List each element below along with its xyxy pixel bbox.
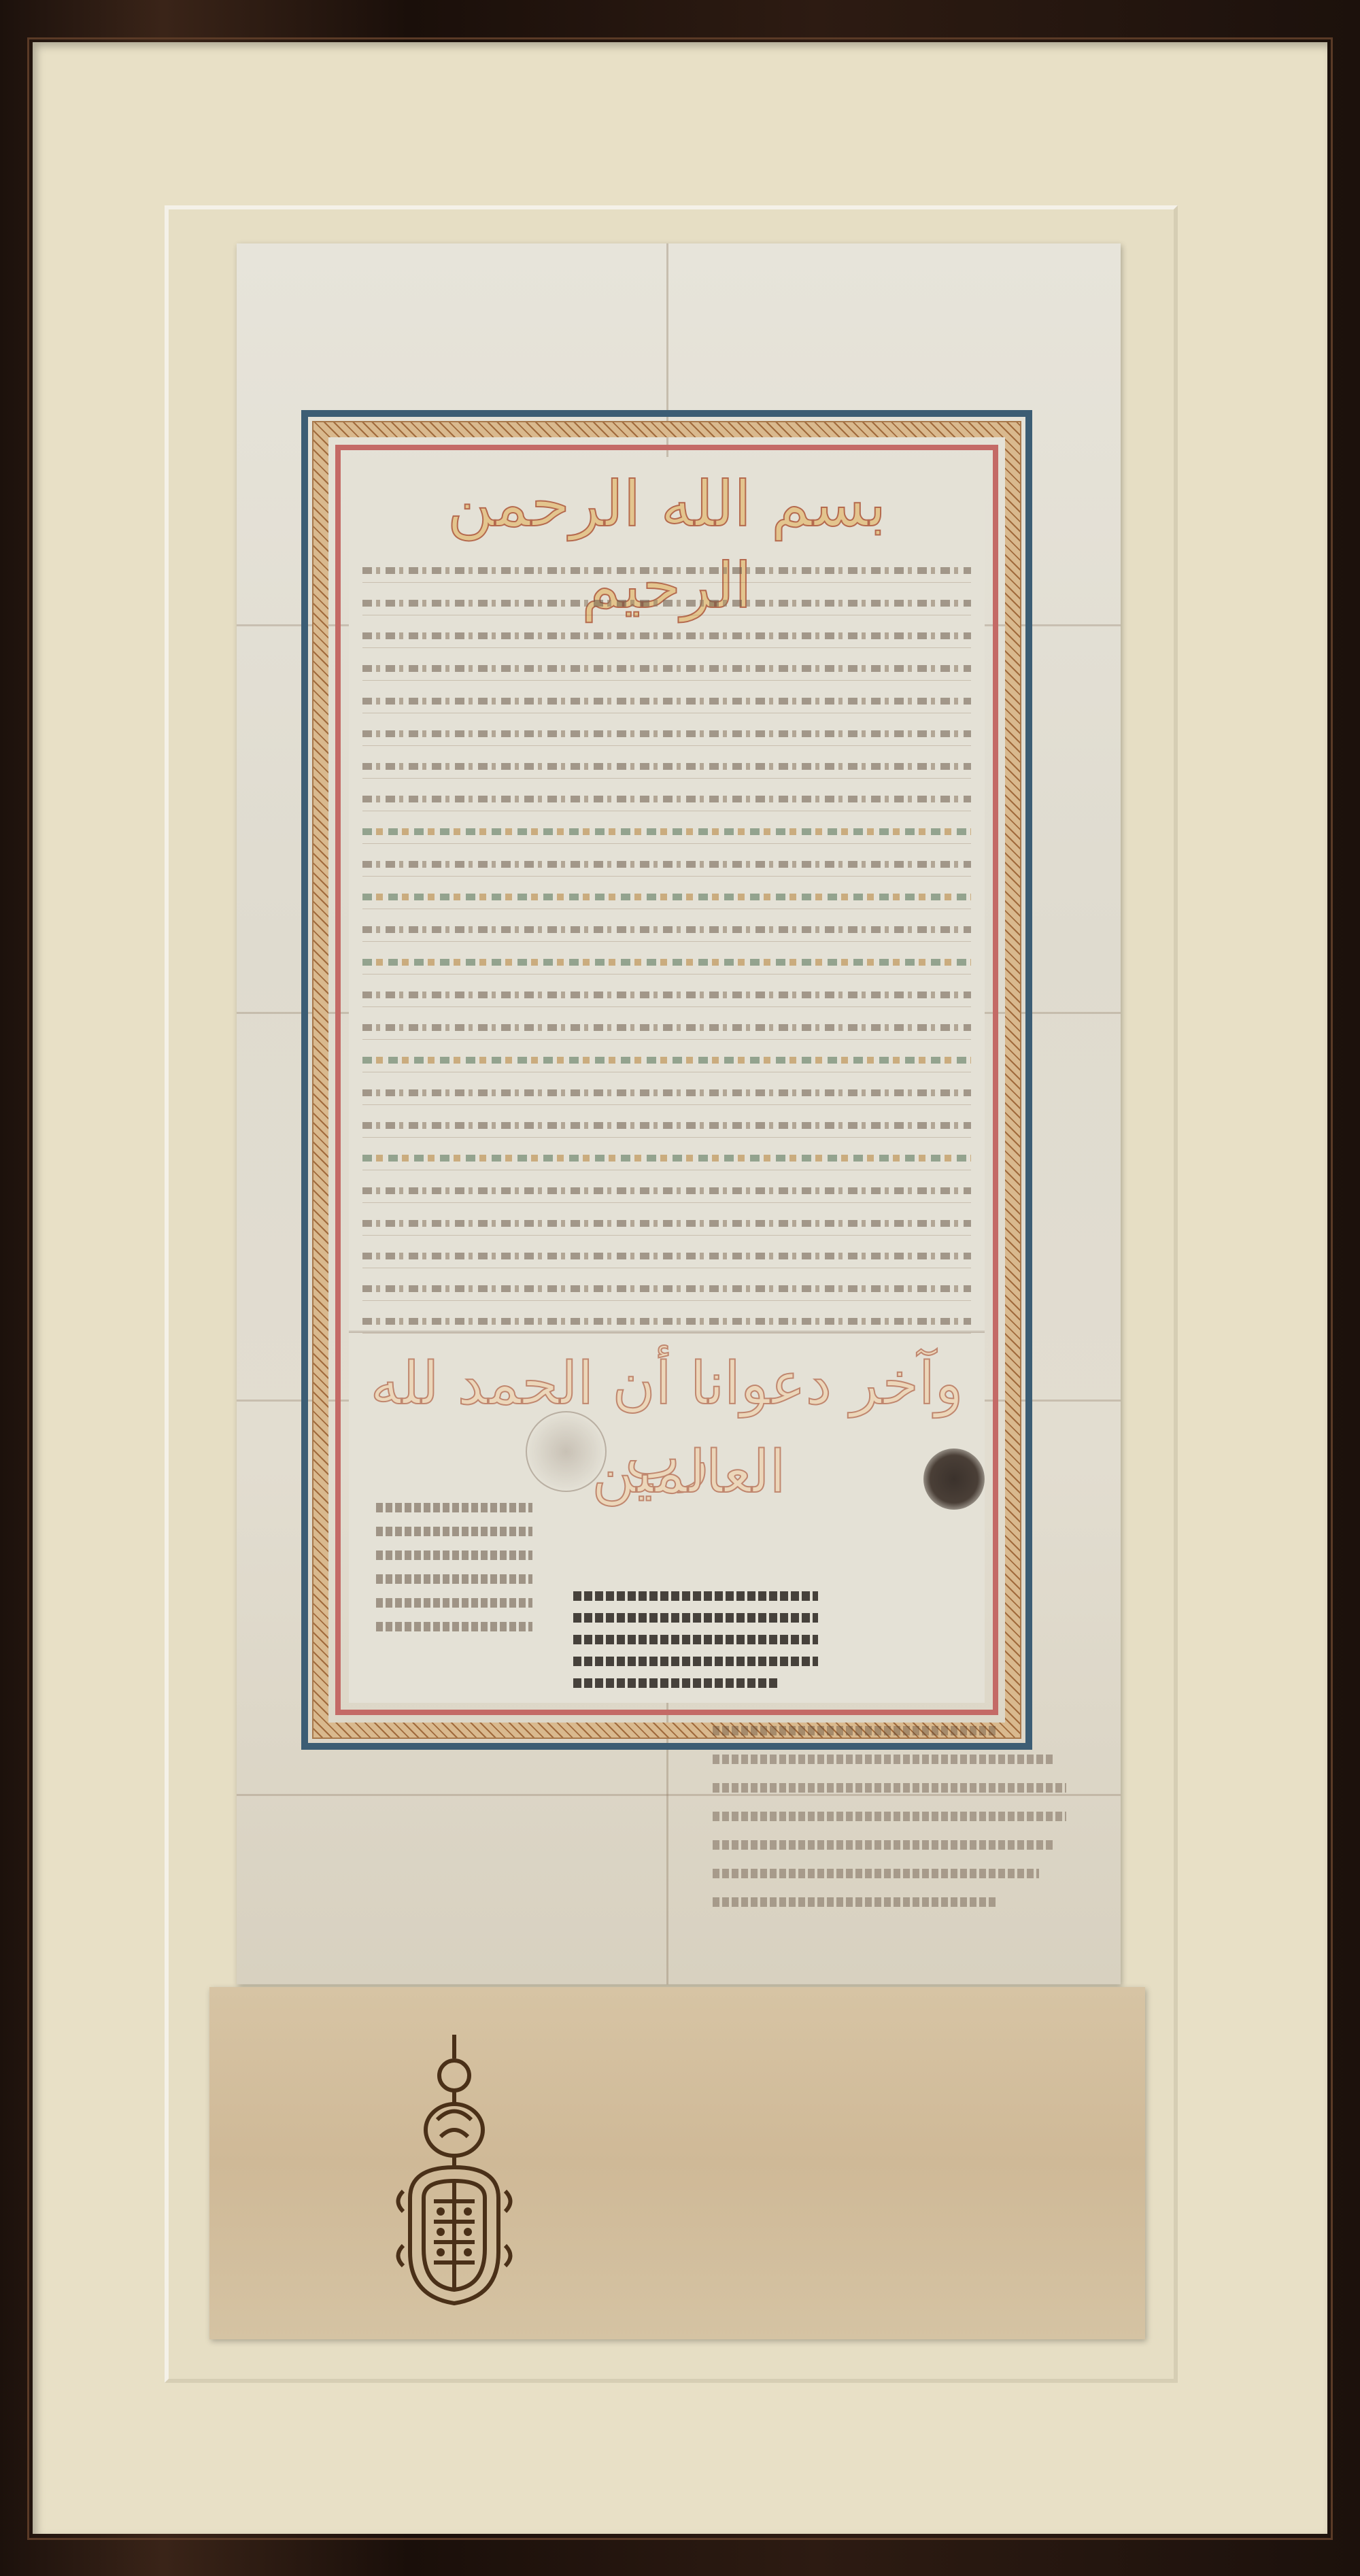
manuscript-sheet: بسم الله الرحمن الرحيم	[237, 243, 1121, 1984]
text-line	[362, 657, 971, 681]
annotation-line	[713, 1897, 998, 1907]
text-panel: بسم الله الرحمن الرحيم	[349, 457, 985, 1703]
annotation-line	[573, 1657, 818, 1666]
annotation-line	[713, 1783, 1066, 1793]
text-line	[362, 624, 971, 648]
text-line	[362, 885, 971, 909]
annotation-line	[713, 1812, 1066, 1821]
text-line	[362, 755, 971, 779]
basmala-heading: بسم الله الرحمن الرحيم	[362, 464, 971, 545]
text-line	[362, 820, 971, 844]
tughra-emblem-icon	[383, 2028, 526, 2314]
text-line	[362, 1081, 971, 1105]
annotation-line	[376, 1622, 532, 1631]
annotation-line	[713, 1869, 1039, 1878]
tughra-card	[209, 1987, 1145, 2339]
text-line	[362, 1310, 971, 1334]
text-line	[362, 1016, 971, 1040]
text-line	[362, 1147, 971, 1170]
text-line	[362, 690, 971, 713]
body-text	[362, 559, 971, 1342]
text-line	[362, 1212, 971, 1236]
lower-annotation	[713, 1726, 1093, 1950]
annotation-line	[573, 1635, 818, 1644]
closing-panel: وآخر دعوانا أن الحمد لله رب العالمين	[349, 1331, 985, 1705]
annotation-line	[376, 1598, 532, 1608]
text-line	[362, 983, 971, 1007]
annotation-line	[376, 1503, 532, 1512]
text-line	[362, 918, 971, 942]
text-line	[362, 1277, 971, 1301]
text-line	[362, 1049, 971, 1072]
annotation-line	[573, 1591, 818, 1601]
annotation-line	[573, 1678, 777, 1688]
text-line	[362, 853, 971, 877]
text-line	[362, 1244, 971, 1268]
annotation-line	[376, 1550, 532, 1560]
annotation-line	[713, 1840, 1053, 1850]
text-line	[362, 559, 971, 583]
text-line	[362, 951, 971, 975]
annotation-line	[573, 1613, 818, 1623]
text-line	[362, 592, 971, 615]
text-line	[362, 1179, 971, 1203]
annotation-line	[713, 1726, 998, 1735]
annotation-line	[376, 1527, 532, 1536]
text-line	[362, 1114, 971, 1138]
ink-seal-icon	[923, 1448, 985, 1510]
text-line	[362, 722, 971, 746]
annotation-line	[376, 1574, 532, 1584]
annotation-line	[713, 1755, 1053, 1764]
faint-seal-icon	[526, 1411, 607, 1492]
text-line	[362, 787, 971, 811]
